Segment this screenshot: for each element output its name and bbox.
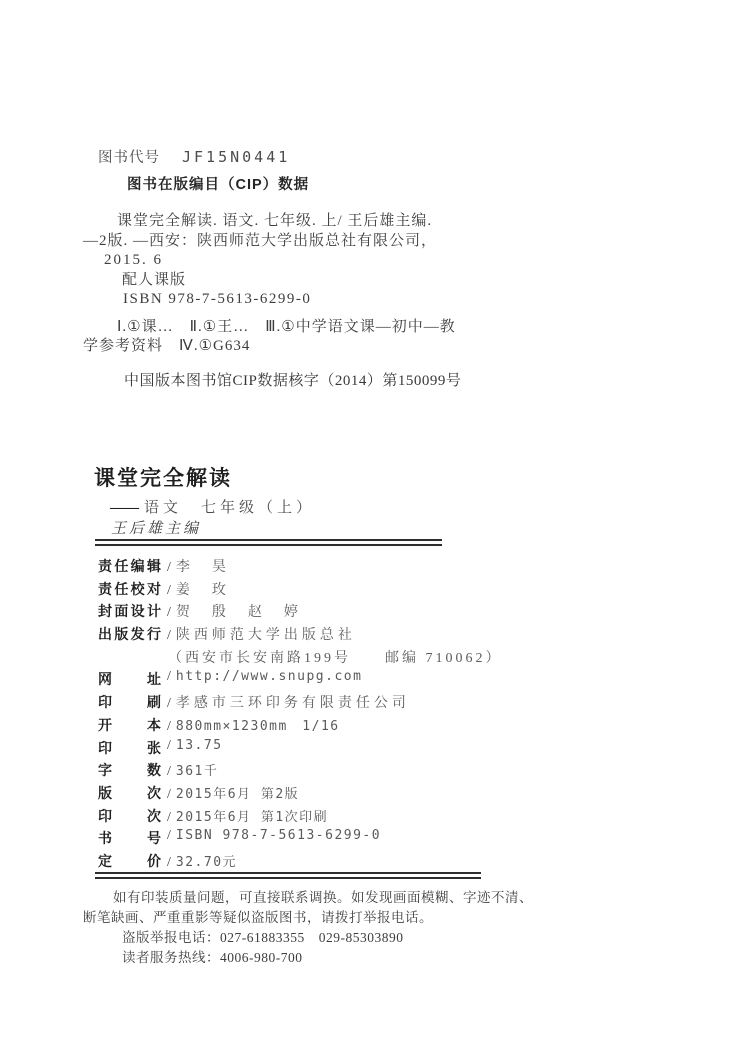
- colophon-row-value: 陕西师范大学出版总社: [176, 628, 356, 643]
- colophon-row-value: 姜 玫: [176, 583, 230, 598]
- colophon-row-label: 版次: [98, 783, 161, 803]
- colophon-row: 书号/ISBN 978-7-5613-6299-0: [98, 828, 518, 851]
- colophon-row: 封面设计/贺 殷 赵 婷: [98, 601, 518, 624]
- colophon-row-value: 361千: [176, 764, 218, 779]
- book-code-label: 图书代号: [98, 150, 160, 166]
- cip-record-line: 配人课版: [122, 271, 463, 291]
- colophon-row-value: 880mm×1230mm 1/16: [176, 719, 340, 734]
- colophon-row: 出版发行/陕西师范大学出版总社: [98, 624, 518, 647]
- colophon-row-label: 网址: [98, 669, 161, 689]
- subtitle-dash: ——: [110, 500, 138, 516]
- classification-line: Ⅰ.①课… Ⅱ.①王… Ⅲ.①中学语文课—初中—教: [117, 318, 463, 337]
- colophon-row-value: http://www.snupg.com: [176, 669, 363, 684]
- colophon-row: 印张/13.75: [98, 738, 518, 761]
- colophon-separator: /: [167, 669, 171, 684]
- colophon-separator: /: [167, 810, 171, 825]
- notice-line: 如有印装质量问题，可直接联系调换。如发现画面模糊、字迹不清、: [113, 888, 543, 908]
- colophon-row: 定价/32.70元: [98, 851, 518, 874]
- colophon-row: 责任校对/姜 玫: [98, 579, 518, 602]
- colophon-row-label: 印张: [98, 738, 161, 758]
- colophon-row: 责任编辑/李 昊: [98, 556, 518, 579]
- colophon-row-value: 2015年6月 第1次印刷: [176, 810, 328, 825]
- colophon-separator: /: [167, 855, 171, 870]
- book-code-value: JF15N0441: [182, 148, 290, 166]
- classification-line: 学参考资料 Ⅳ.①G634: [83, 337, 463, 356]
- colophon-row-value: 孝感市三环印务有限责任公司: [176, 696, 410, 711]
- notice-line: 断笔缺画、严重重影等疑似盗版图书，请拨打举报电话。: [83, 908, 543, 928]
- colophon-separator: /: [167, 738, 171, 753]
- colophon-row-label: 印次: [98, 806, 161, 826]
- notice-line-service-hotline: 读者服务热线：4006-980-700: [122, 948, 543, 968]
- cip-record-paragraph: 课堂完全解读. 语文. 七年级. 上/ 王后雄主编. —2版. —西安：陕西师范…: [83, 212, 463, 310]
- cip-isbn-line: ISBN 978-7-5613-6299-0: [123, 290, 463, 310]
- book-subtitle: ——语文 七年级（上）: [110, 496, 315, 517]
- colophon-row-label: 出版发行: [98, 624, 161, 644]
- colophon-table: 责任编辑/李 昊 责任校对/姜 玫 封面设计/贺 殷 赵 婷 出版发行/陕西师范…: [98, 556, 518, 874]
- colophon-row-label: 印刷: [98, 692, 161, 712]
- colophon-row-value: 李 昊: [176, 560, 230, 575]
- colophon-row: 印次/2015年6月 第1次印刷: [98, 806, 518, 829]
- colophon-separator: /: [167, 719, 171, 734]
- colophon-separator: /: [167, 605, 171, 620]
- colophon-row-value: 32.70元: [176, 855, 237, 870]
- book-editor: 王后雄主编: [111, 517, 201, 538]
- double-rule-top: [95, 539, 442, 546]
- cip-record-line: —2版. —西安：陕西师范大学出版总社有限公司，: [83, 232, 463, 252]
- book-title: 课堂完全解读: [94, 462, 232, 492]
- colophon-row-label: 责任编辑: [98, 556, 161, 576]
- colophon-separator: /: [167, 628, 171, 643]
- colophon-row: 字数/361千: [98, 760, 518, 783]
- colophon-row-label: 责任校对: [98, 579, 161, 599]
- copyright-page: 图书代号JF15N0441 图书在版编目（CIP）数据 课堂完全解读. 语文. …: [0, 0, 750, 1060]
- colophon-row-label: 封面设计: [98, 601, 161, 621]
- cip-classification: Ⅰ.①课… Ⅱ.①王… Ⅲ.①中学语文课—初中—教 学参考资料 Ⅳ.①G634: [83, 318, 463, 356]
- publisher-address: （西安市长安南路199号 邮编 710062）: [98, 647, 518, 670]
- colophon-separator: /: [167, 696, 171, 711]
- subtitle-text: 语文 七年级（上）: [144, 500, 315, 516]
- colophon-row-value: 2015年6月 第2版: [176, 787, 299, 802]
- colophon-separator: /: [167, 764, 171, 779]
- colophon-row-value: ISBN 978-7-5613-6299-0: [176, 828, 381, 843]
- cip-record-line: 2015. 6: [104, 251, 463, 271]
- colophon-row-label: 开本: [98, 715, 161, 735]
- colophon-row-value: 贺 殷 赵 婷: [176, 605, 302, 620]
- quality-notice: 如有印装质量问题，可直接联系调换。如发现画面模糊、字迹不清、 断笔缺画、严重重影…: [83, 888, 543, 968]
- cip-heading: 图书在版编目（CIP）数据: [127, 173, 309, 194]
- colophon-separator: /: [167, 560, 171, 575]
- colophon-row: 版次/2015年6月 第2版: [98, 783, 518, 806]
- colophon-row-label: 书号: [98, 828, 161, 848]
- colophon-row-value: 13.75: [176, 738, 223, 753]
- colophon-row-label: 定价: [98, 851, 161, 871]
- colophon-separator: /: [167, 583, 171, 598]
- colophon-separator: /: [167, 787, 171, 802]
- colophon-row: 印刷/孝感市三环印务有限责任公司: [98, 692, 518, 715]
- colophon-row-label: 字数: [98, 760, 161, 780]
- notice-line-piracy-hotline: 盗版举报电话：027-61883355 029-85303890: [122, 928, 543, 948]
- book-code-line: 图书代号JF15N0441: [98, 146, 290, 167]
- cip-record-line: 课堂完全解读. 语文. 七年级. 上/ 王后雄主编.: [117, 212, 463, 232]
- colophon-row: 开本/880mm×1230mm 1/16: [98, 715, 518, 738]
- colophon-row: 网址/http://www.snupg.com: [98, 669, 518, 692]
- colophon-separator: /: [167, 828, 171, 843]
- double-rule-bottom: [95, 872, 481, 879]
- cip-registry-number: 中国版本图书馆CIP数据核字（2014）第150099号: [124, 369, 461, 390]
